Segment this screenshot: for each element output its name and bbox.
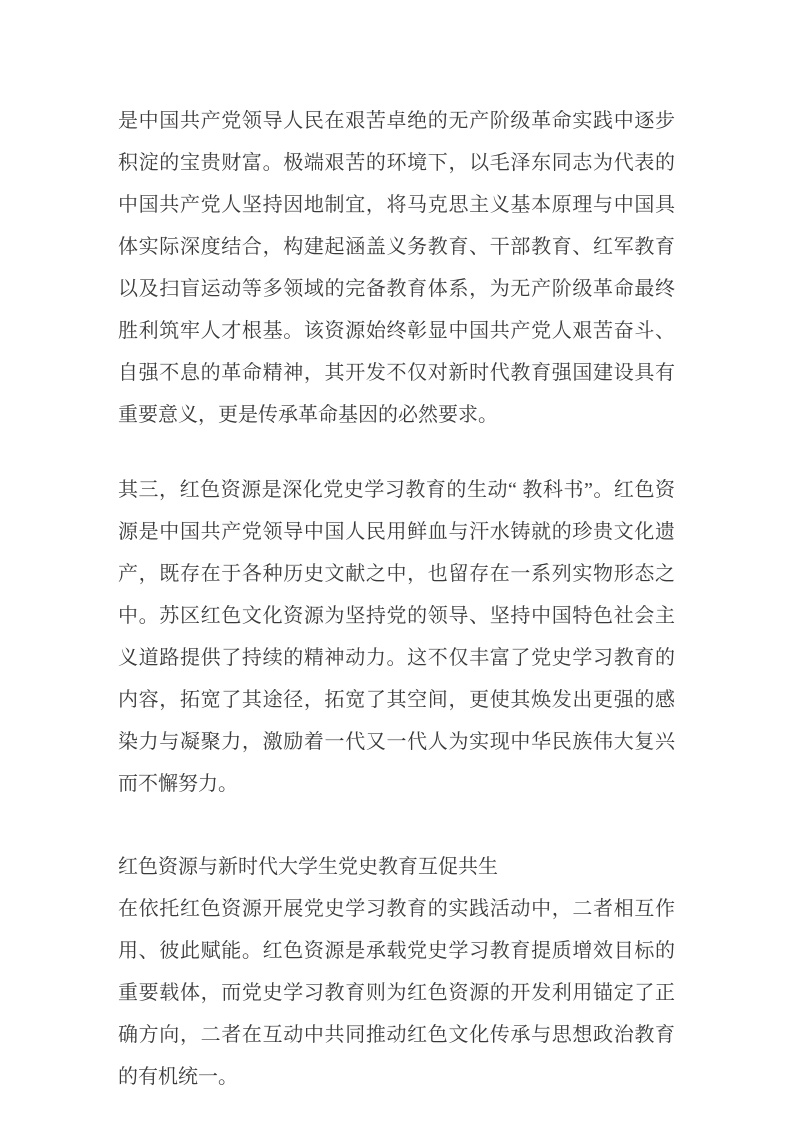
document-page: 是中国共产党领导人民在艰苦卓绝的无产阶级革命实践中逐步积淀的宝贵财富。极端艰苦的…	[0, 0, 793, 1122]
paragraph-continuation: 是中国共产党领导人民在艰苦卓绝的无产阶级革命实践中逐步积淀的宝贵财富。极端艰苦的…	[118, 100, 675, 436]
paragraph-textbook: 其三，红色资源是深化党史学习教育的生动“ 教科书”。红色资源是中国共产党领导中国…	[118, 469, 675, 805]
document-content: 是中国共产党领导人民在艰苦卓绝的无产阶级革命实践中逐步积淀的宝贵财富。极端艰苦的…	[118, 100, 675, 1098]
paragraph-mutual-promotion: 在依托红色资源开展党史学习教育的实践活动中，二者相互作用、彼此赋能。红色资源是承…	[118, 888, 675, 1098]
section-heading: 红色资源与新时代大学生党史教育互促共生	[118, 846, 675, 888]
